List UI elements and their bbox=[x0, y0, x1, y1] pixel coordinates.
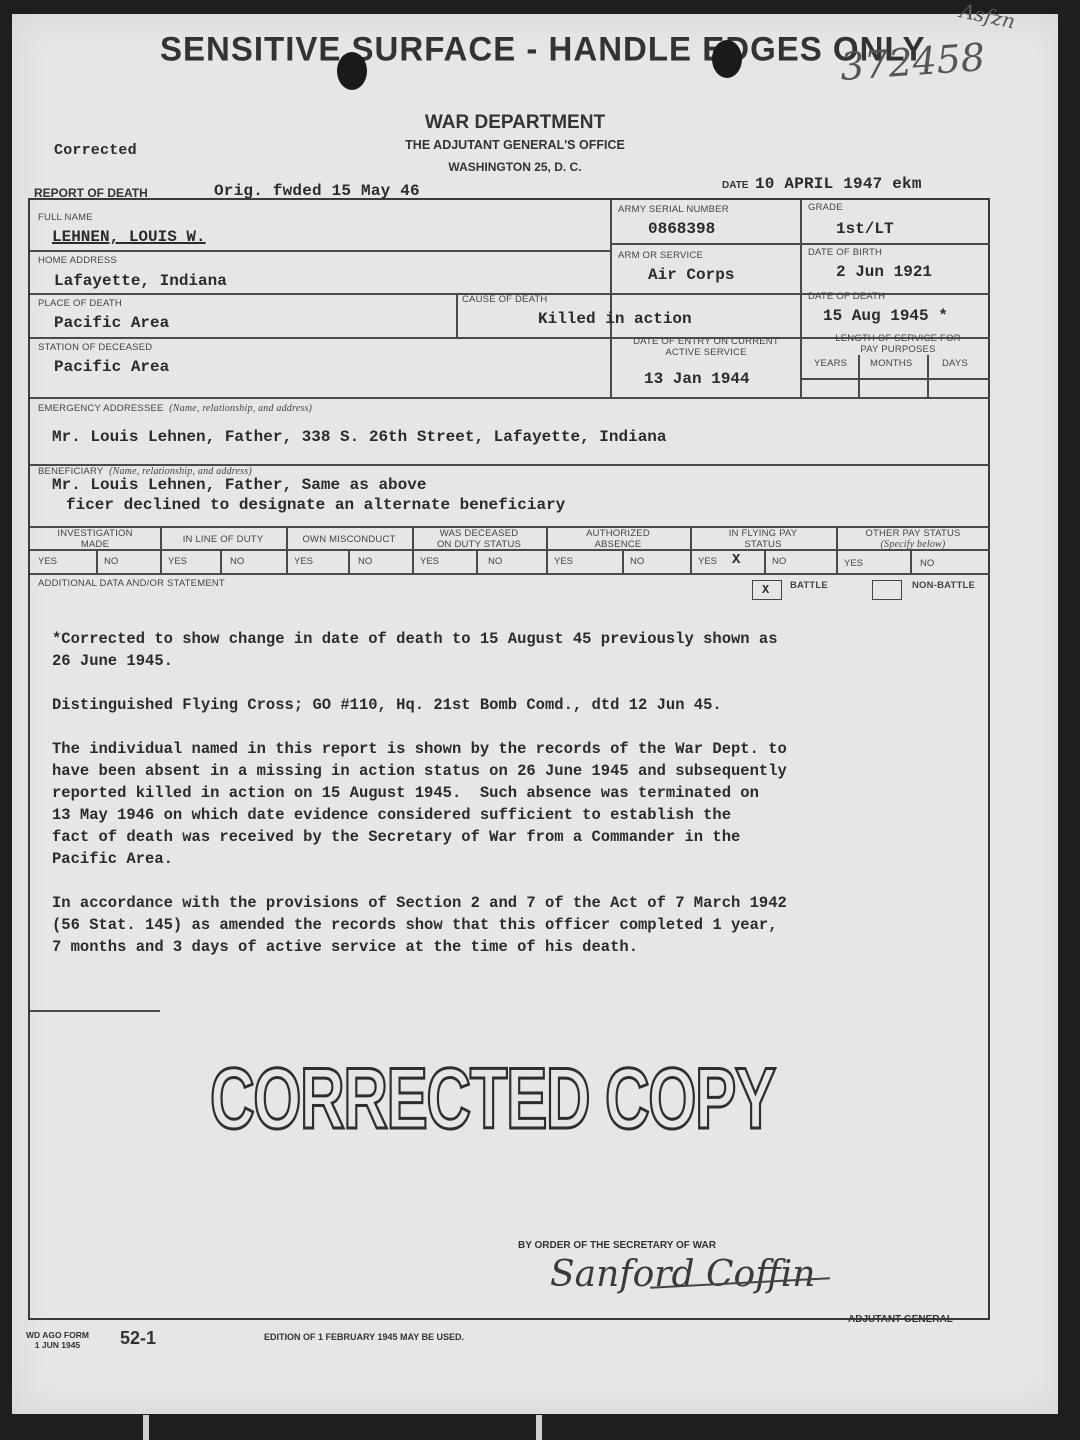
report-form: FULL NAME LEHNEN, LOUIS W. ARMY SERIAL N… bbox=[28, 198, 990, 1320]
cause-of-death-value: Killed in action bbox=[538, 310, 692, 328]
line-of-duty-header: IN LINE OF DUTY bbox=[160, 534, 286, 545]
own-misconduct-header: OWN MISCONDUCT bbox=[286, 534, 412, 545]
statement-mia-record: The individual named in this report is s… bbox=[52, 738, 787, 870]
months-label: MONTHS bbox=[870, 358, 912, 369]
line-of-duty-no[interactable]: NO bbox=[230, 556, 244, 567]
flying-pay-no[interactable]: NO bbox=[772, 556, 786, 567]
station-label: STATION OF DECEASED bbox=[38, 342, 152, 353]
signature: Sanford Coffin bbox=[550, 1254, 815, 1295]
corrected-label: Corrected bbox=[54, 142, 137, 159]
arm-service-label: ARM OR SERVICE bbox=[618, 250, 703, 261]
punch-hole-left bbox=[337, 52, 367, 90]
form-label: WD AGO FORM 1 JUN 1945 bbox=[26, 1330, 89, 1350]
home-address-value: Lafayette, Indiana bbox=[54, 272, 227, 290]
absence-yes[interactable]: YES bbox=[554, 556, 573, 567]
other-pay-yes[interactable]: YES bbox=[844, 558, 863, 569]
home-address-label: HOME ADDRESS bbox=[38, 255, 117, 266]
status-grid: INVESTIGATIONMADE IN LINE OF DUTY OWN MI… bbox=[30, 526, 990, 573]
sensitive-surface-banner: SENSITIVE SURFACE - HANDLE EDGES ONLY bbox=[160, 29, 926, 69]
battle-checkbox[interactable]: X bbox=[752, 580, 782, 600]
scan-right-border bbox=[1058, 0, 1080, 1440]
non-battle-label: NON-BATTLE bbox=[912, 580, 975, 591]
date-of-birth-value: 2 Jun 1921 bbox=[836, 263, 932, 281]
date-label: DATE bbox=[722, 180, 748, 191]
full-name-value: LEHNEN, LOUIS W. bbox=[52, 228, 206, 246]
investigation-no[interactable]: NO bbox=[104, 556, 118, 567]
punch-hole-right bbox=[712, 40, 742, 78]
emergency-addressee-value: Mr. Louis Lehnen, Father, 338 S. 26th St… bbox=[52, 428, 667, 446]
flying-pay-yes-mark: X bbox=[732, 552, 741, 568]
report-date: 10 APRIL 1947 ekm bbox=[755, 175, 922, 193]
full-name-label: FULL NAME bbox=[38, 212, 93, 223]
other-pay-no[interactable]: NO bbox=[920, 558, 934, 569]
edition-note: EDITION OF 1 FEBRUARY 1945 MAY BE USED. bbox=[264, 1332, 464, 1342]
emergency-addressee-label: EMERGENCY ADDRESSEE (Name, relationship,… bbox=[38, 403, 312, 414]
adjutant-general-title: ADJUTANT GENERAL bbox=[848, 1314, 953, 1325]
department-title: WAR DEPARTMENT bbox=[0, 112, 1030, 134]
days-label: DAYS bbox=[942, 358, 968, 369]
date-of-entry-value: 13 Jan 1944 bbox=[644, 370, 750, 388]
date-of-death-value: 15 Aug 1945 * bbox=[823, 307, 948, 325]
other-pay-header: OTHER PAY STATUS(Specify below) bbox=[836, 528, 990, 550]
absence-no[interactable]: NO bbox=[630, 556, 644, 567]
grade-label: GRADE bbox=[808, 202, 843, 213]
form-number: 52-1 bbox=[120, 1328, 156, 1349]
corrected-copy-stamp: CORRECTED COPY bbox=[210, 1050, 775, 1149]
investigation-yes[interactable]: YES bbox=[38, 556, 57, 567]
grade-value: 1st/LT bbox=[836, 220, 894, 238]
place-of-death-value: Pacific Area bbox=[54, 314, 169, 332]
date-of-death-label: DATE OF DEATH bbox=[808, 291, 885, 302]
misconduct-no[interactable]: NO bbox=[358, 556, 372, 567]
beneficiary-line-1: Mr. Louis Lehnen, Father, Same as above bbox=[52, 476, 426, 494]
duty-status-header: WAS DECEASEDON DUTY STATUS bbox=[412, 528, 546, 550]
additional-data-label: ADDITIONAL DATA AND/OR STATEMENT bbox=[38, 578, 225, 589]
investigation-made-header: INVESTIGATIONMADE bbox=[30, 528, 160, 550]
serial-number-label: ARMY SERIAL NUMBER bbox=[618, 204, 729, 215]
duty-status-yes[interactable]: YES bbox=[420, 556, 439, 567]
flying-pay-yes[interactable]: YES bbox=[698, 556, 717, 567]
arm-service-value: Air Corps bbox=[648, 266, 734, 284]
place-of-death-label: PLACE OF DEATH bbox=[38, 298, 122, 309]
length-of-service-label: LENGTH OF SERVICE FOR PAY PURPOSES bbox=[808, 333, 988, 355]
misconduct-yes[interactable]: YES bbox=[294, 556, 313, 567]
statement-correction-note: *Corrected to show change in date of dea… bbox=[52, 628, 778, 672]
office-title: THE ADJUTANT GENERAL'S OFFICE bbox=[0, 138, 1030, 152]
authorized-absence-header: AUTHORIZEDABSENCE bbox=[546, 528, 690, 550]
battle-label: BATTLE bbox=[790, 580, 828, 591]
order-authority: BY ORDER OF THE SECRETARY OF WAR bbox=[518, 1240, 716, 1251]
battle-check-mark: X bbox=[762, 583, 769, 597]
date-of-entry-label: DATE OF ENTRY ON CURRENT ACTIVE SERVICE bbox=[626, 336, 786, 358]
serial-number-value: 0868398 bbox=[648, 220, 715, 238]
cause-of-death-label: CAUSE OF DEATH bbox=[462, 294, 548, 305]
station-value: Pacific Area bbox=[54, 358, 169, 376]
statement-service-length: In accordance with the provisions of Sec… bbox=[52, 892, 787, 958]
scan-bottom-border bbox=[0, 1415, 1080, 1440]
line-of-duty-yes[interactable]: YES bbox=[168, 556, 187, 567]
date-of-birth-label: DATE OF BIRTH bbox=[808, 247, 882, 258]
office-location: WASHINGTON 25, D. C. bbox=[0, 160, 1030, 174]
flying-pay-header: IN FLYING PAYSTATUS bbox=[690, 528, 836, 550]
statement-award: Distinguished Flying Cross; GO #110, Hq.… bbox=[52, 694, 722, 716]
beneficiary-line-2: ficer declined to designate an alternate… bbox=[66, 496, 565, 514]
years-label: YEARS bbox=[814, 358, 847, 369]
duty-status-no[interactable]: NO bbox=[488, 556, 502, 567]
non-battle-checkbox[interactable] bbox=[872, 580, 902, 600]
